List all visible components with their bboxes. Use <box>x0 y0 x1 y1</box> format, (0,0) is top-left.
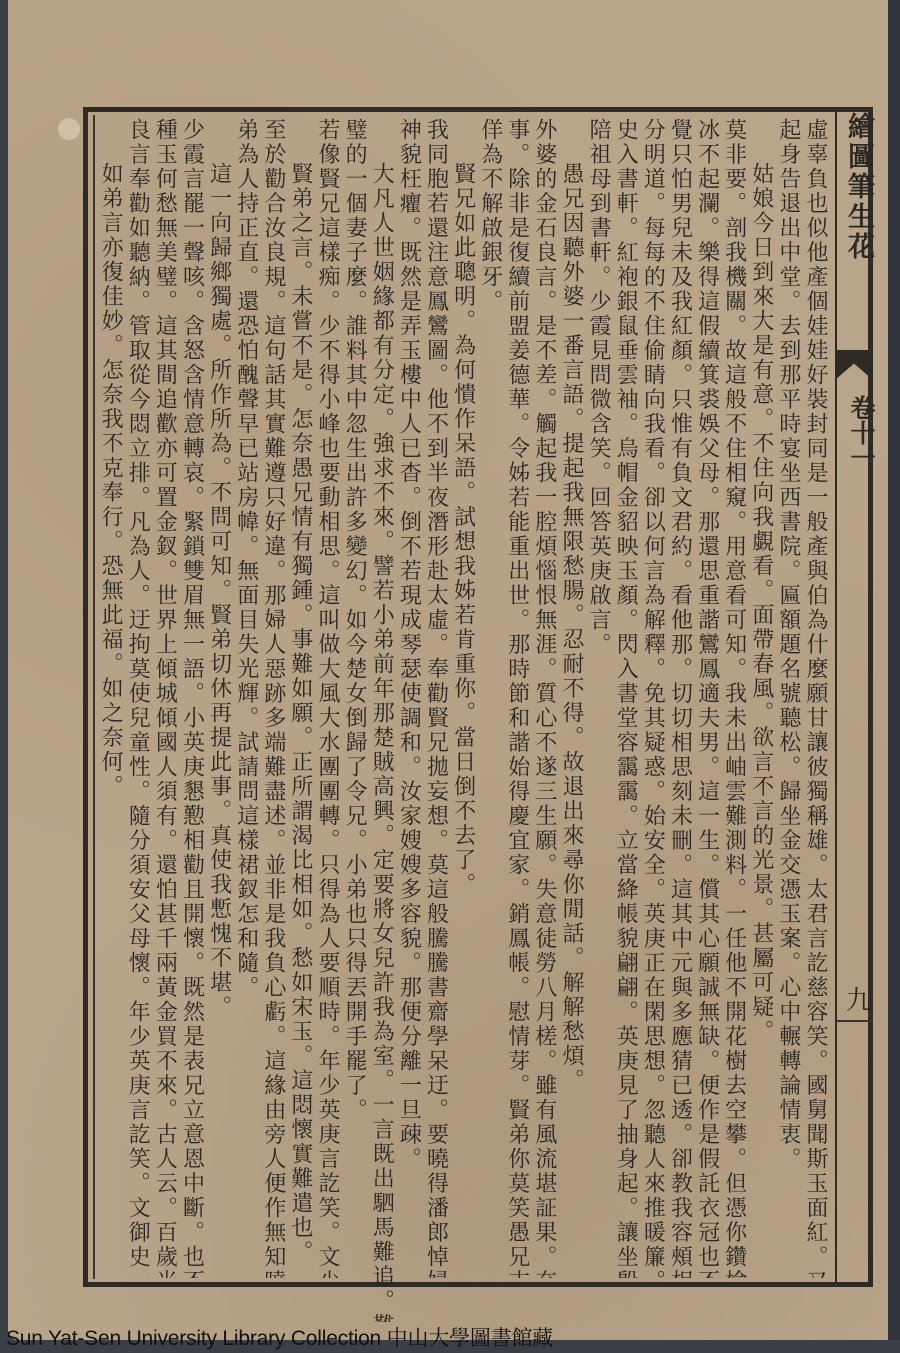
text-column: 賢兄如此聰明。為何憒作呆語。試想我姊若肯重你。當日倒不去了。 <box>450 118 477 1322</box>
text-column: 外婆的金石良言。是不差。觸起我一腔煩惱恨無涯。質心不遂三生願。失意徒勞八月槎。雖… <box>532 118 559 1278</box>
text-column: 覺只怕男兒未及我紅顏。只惟有負文君約。看他那。切切相思刻未刪。這其中元與多應猜已… <box>667 118 694 1278</box>
text-column: 璧的一個妻子麼。誰料其中忽生出許多變幻。如今楚女倒歸了令兄。小弟也只得丟開手罷了… <box>342 118 369 1278</box>
text-column: 事。除非是復續前盟姜德華。令姊若能重出世。那時節和諧始得慶宜家。銷鳳帳。慰情芽。… <box>505 118 532 1278</box>
page-number-divider <box>835 1020 873 1022</box>
text-column: 分明道。每每的不住偷睛向我看。卻以何言為解釋。免其疑惑。始安全。英庚正在閑思想。… <box>640 118 667 1278</box>
text-column: 種玉何愁無美璧。這其間追歡亦可置金釵。世界上傾城傾國人須有。還怕甚千兩黃金買不來… <box>152 118 179 1278</box>
page-number: 九 <box>846 980 872 1017</box>
text-column: 良言奉勸如聽納。管取從今悶立排。凡為人。迂拘莫使兒童性。隨分須安父母懷。年少英庚… <box>125 118 152 1278</box>
page-edge-shadow <box>888 0 900 1340</box>
text-column: 至於勸合汝良規。這句話其實難遵只好違。那婦人惡跡多端難盡述。並非是我負心虧。這緣… <box>261 118 288 1278</box>
text-column: 少霞言罷一聲咳。含怒含情意轉哀。緊鎖雙眉無一語。小英庚懇懃相勸且開懷。既然是表兄… <box>179 118 206 1278</box>
text-column: 佯為不解啟銀牙。 <box>478 118 505 1278</box>
text-column: 陪祖母到書軒。少霞見問微含笑。回答英庚啟言。 <box>586 118 613 1278</box>
text-column: 神貌枉癯。既然是弄玉樓中人已杳。倒不若現成琴瑟使調和。汝家嫂嫂多容貌。那便分離一… <box>396 118 423 1278</box>
text-column: 冰不起瀾。樂得這假續箕裘娛父母。那還思重諧鸞鳳適夫男。這一生。償其心願誠無缺。便… <box>694 118 721 1278</box>
text-column: 史入書軒。紅袍銀鼠垂雲袖。烏帽金貂映玉顏。閃入書堂容靄靄。立當絳帳貌翩翩。英庚見… <box>613 118 640 1278</box>
library-credit: Sun Yat-Sen University Library Collectio… <box>6 1322 553 1352</box>
text-column: 虛辜負也似他產個娃娃好裝封同是一般產與伯為什麼願甘讓彼獨稱雄。太君言訖慈容笑。國… <box>803 118 830 1278</box>
text-column: 愚兄因聽外婆一番言語。提起我無限愁腸。忍耐不得。故退出來尋你閒話。解解愁煩。 <box>559 118 586 1322</box>
body-text-columns: 虛辜負也似他產個娃娃好裝封同是一般產與伯為什麼願甘讓彼獨稱雄。太君言訖慈容笑。國… <box>98 118 830 1278</box>
book-title: 繪圖筆生花 <box>839 112 878 262</box>
text-column: 這一向歸鄉獨處。所作所為。不問可知。賢弟切休再提此事。真使我慙愧不堪。 <box>206 118 233 1322</box>
center-margin-strip <box>835 107 873 1287</box>
text-column: 弟為人持正直。還恐怕醜聲早已站房幃。無面目失光輝。試請問這樣裙釵怎和隨。 <box>234 118 261 1278</box>
text-column: 起身告退出中堂。去到那平時宴坐西書院。匾額題名號聽松。歸坐金交憑玉案。心中輾轉論… <box>776 118 803 1278</box>
text-column: 莫非要。剖我機關。故這般不住相窺。用意看可知。我未出岫雲難測料。一任他不開花樹去… <box>722 118 749 1278</box>
paper-stain <box>58 118 80 140</box>
text-column: 如弟言亦復佳妙。怎奈我不克奉行。恐無此福。如之奈何。 <box>98 118 125 1322</box>
text-column: 姑娘今日到來大是有意。不住向我覷看。面帶春風。欲言不言的光景。甚屬可疑。 <box>749 118 776 1322</box>
scanned-page: 繪圖筆生花 卷十一 九 虛辜負也似他產個娃娃好裝封同是一般產與伯為什麼願甘讓彼獨… <box>8 0 900 1340</box>
volume-label: 卷十一 <box>843 395 879 470</box>
text-column: 若像賢兄這樣痴。少不得小峰也要動相思。這叫做大風大水團團轉。只得為人要順時。年少… <box>315 118 342 1278</box>
text-column: 我同胞若還注意鳳鸞圖。他不到半夜潛形赴太虛。奉勸賢兄拋妄想。莫這般騰騰書齋學呆迂… <box>423 118 450 1278</box>
text-column: 賢弟之言。未嘗不是。怎奈愚兄情有獨鍾。事難如願。正所謂渴比相如。愁如宋玉。這悶懷… <box>288 118 315 1322</box>
text-column: 大凡人世姻緣都有分定。強求不來。譬若小弟前年那楚賊高興。定要將女兒許我為室。一言… <box>369 118 396 1322</box>
